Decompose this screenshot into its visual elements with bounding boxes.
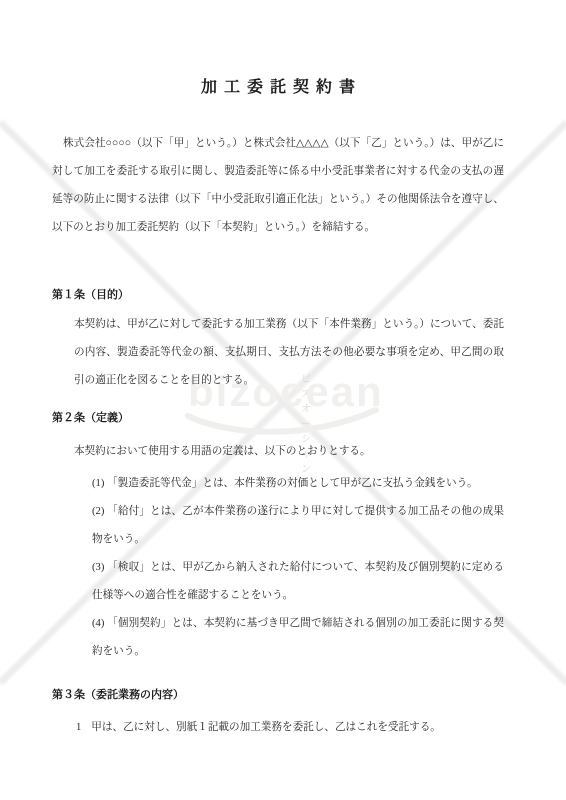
definition-item-3: (3) 「検収」とは、甲が乙から納入された給付について、本契約及び個別契約に定め… <box>92 554 504 610</box>
article-1-heading: 第１条（目的） <box>52 281 504 309</box>
article-2-paragraph: 本契約において使用する用語の定義は、以下のとおりとする。 <box>52 438 504 466</box>
definition-item-1: (1) 「製造委託等代金」とは、本件業務の対価として甲が乙に支払う金銭をいう。 <box>92 470 504 498</box>
article-3-section: 第３条（委託業務の内容） 1 甲は、乙に対し、別紙１記載の加工業務を委託し、乙は… <box>52 681 504 742</box>
preamble-paragraph: 株式会社○○○○（以下「甲」という。）と株式会社△△△△（以下「乙」という。）は… <box>52 130 504 242</box>
article-3-clause-1: 1 甲は、乙に対し、別紙１記載の加工業務を委託し、乙はこれを受託する。 <box>52 714 504 742</box>
article-2-section: 第２条（定義） 本契約において使用する用語の定義は、以下のとおりとする。 (1)… <box>52 404 504 666</box>
document-page: ビズオーシャン bizocean 加工委託契約書 株式会社○○○○（以下「甲」と… <box>0 0 566 800</box>
clause-number: 1 <box>76 714 81 742</box>
definition-item-4: (4) 「個別契約」とは、本契約に基づき甲乙間で締結される個別の加工委託に関する… <box>92 610 504 666</box>
document-title: 加工委託契約書 <box>52 78 504 98</box>
definition-item-2: (2) 「給付」とは、乙が本件業務の遂行により甲に対して提供する加工品その他の成… <box>92 498 504 554</box>
article-3-heading: 第３条（委託業務の内容） <box>52 681 504 709</box>
article-2-heading: 第２条（定義） <box>52 404 504 432</box>
article-1-section: 第１条（目的） 本契約は、甲が乙に対して委託する加工業務（以下「本件業務」という… <box>52 281 504 395</box>
document-content: 加工委託契約書 株式会社○○○○（以下「甲」という。）と株式会社△△△△（以下「… <box>52 0 504 742</box>
definition-item-list: (1) 「製造委託等代金」とは、本件業務の対価として甲が乙に支払う金銭をいう。 … <box>52 470 504 666</box>
clause-text: 甲は、乙に対し、別紙１記載の加工業務を委託し、乙はこれを受託する。 <box>91 714 441 742</box>
article-1-paragraph: 本契約は、甲が乙に対して委託する加工業務（以下「本件業務」という。）について、委… <box>52 311 504 395</box>
